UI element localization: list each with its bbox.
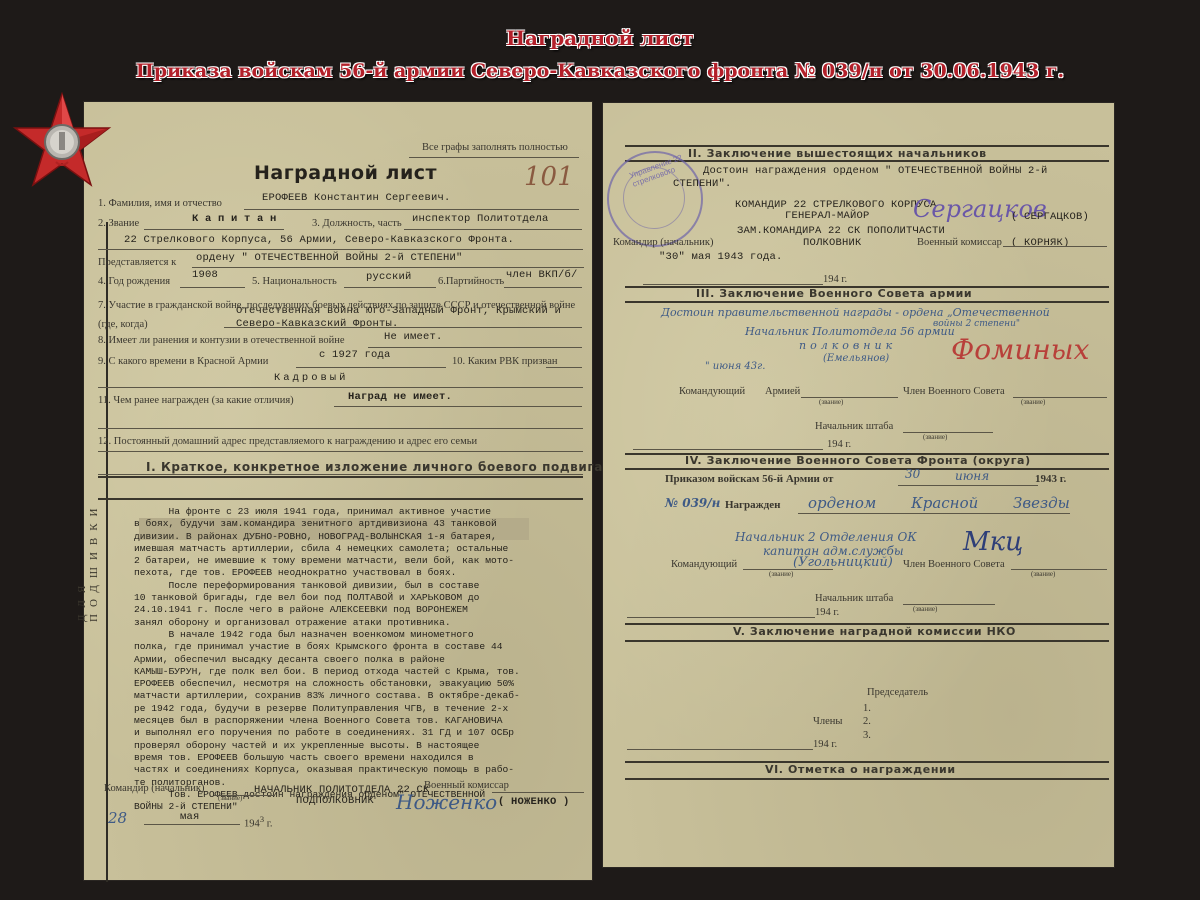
handwritten-signature: Ноженко <box>396 790 497 814</box>
field-3-value-cont: 22 Стрелкового Корпуса, 56 Армии, Северо… <box>124 234 514 246</box>
handwritten-number: 101 <box>524 162 574 192</box>
signer-1-name: ( СЕРГАЦКОВ) <box>1011 211 1089 223</box>
order-month: июня <box>955 469 989 483</box>
awarded-value: орденом Красной Звезды <box>808 494 1070 512</box>
field-12-label: 12. Постоянный домашний адрес представля… <box>98 436 477 447</box>
section-3-handwritten-5: (Емельянов) <box>823 353 889 364</box>
section-2-date: "30" мая 1943 года. <box>659 251 783 263</box>
members-label: Члены <box>813 716 842 727</box>
signer-2-position: ЗАМ.КОМАНДИРА 22 СК ПОПОЛИТЧАСТИ <box>737 225 945 237</box>
order-of-red-star-icon <box>12 92 112 192</box>
section-4-rank-hint: (звание) <box>769 570 793 578</box>
commander-label: Командир (начальник) <box>104 783 204 794</box>
award-sheet-front: Все графы заполнять полностью 101 Наград… <box>84 102 592 880</box>
signer-2-rank: ПОЛКОВНИК <box>803 237 862 249</box>
section-4-title: IV. Заключение Военного Совета Фронта (о… <box>685 454 1031 467</box>
field-5-value: русский <box>366 271 412 283</box>
section-3-handwritten-1: Достоин правительственной награды - орде… <box>661 306 1050 319</box>
section-3-handwritten-4: полковник <box>799 339 896 352</box>
field-1-label: 1. Фамилия, имя и отчество <box>98 198 222 209</box>
field-11-label: 11. Чем ранее награжден (за какие отличи… <box>98 395 294 406</box>
dept-signature: Мкц <box>963 527 1023 557</box>
section-4-date-blank: 194 г. <box>815 607 839 618</box>
order-label: Приказом войскам 56-й Армии от <box>665 473 833 485</box>
field-2-label: 2. Звание <box>98 218 139 229</box>
field-6-label: 6.Партийность <box>438 276 504 287</box>
field-9-value: с 1927 года <box>319 349 391 361</box>
section-3-rank-hint: (звание) <box>819 398 843 406</box>
field-3-label: 3. Должность, часть <box>312 218 402 229</box>
signer-1-rank: ГЕНЕРАЛ-МАЙОР <box>785 210 870 222</box>
field-10-value: Кадровый <box>274 372 348 384</box>
field-8-value: Не имеет. <box>384 331 443 343</box>
commander-label-2: Командир (начальник) <box>613 237 713 248</box>
official-stamp: Управление 22 стрелкового <box>607 151 703 247</box>
section-3-handwritten-3: Начальник Политотдела 56 армии <box>745 325 955 338</box>
section-4-council-label: Член Военного Совета <box>903 559 1005 570</box>
field-4-value: 1908 <box>192 269 218 281</box>
section-3-date-blank: 194 г. <box>827 439 851 450</box>
section-3-rank-hint-3: (звание) <box>923 433 947 441</box>
merit-narrative: На фронте с 23 июля 1941 года, принимал … <box>134 506 584 813</box>
chairman-label: Председатель <box>867 687 928 698</box>
dept-label: Начальник 2 Отделения ОК <box>735 530 917 544</box>
field-6-value: член ВКП/б/ <box>506 269 578 281</box>
signer-rank: ПОДПОЛКОВНИК <box>296 795 374 807</box>
section-2-date-blank: 194 г. <box>823 274 847 285</box>
section-5-date-blank: 194 г. <box>813 739 837 750</box>
award-sheet-back: II. Заключение вышестоящих начальников У… <box>603 103 1114 867</box>
field-1-value: ЕРОФЕЕВ Константин Сергеевич. <box>262 192 451 204</box>
date-month: мая <box>180 811 200 823</box>
field-9-label: 9. С какого времени в Красной Армии <box>98 356 268 367</box>
order-day: 30 <box>905 467 920 481</box>
represented-value: ордену " ОТЕЧЕСТВЕННОЙ ВОЙНЫ 2-й СТЕПЕНИ… <box>196 252 463 264</box>
section-3-army-label: Армией <box>765 386 800 397</box>
order-year: 1943 г. <box>1035 473 1066 485</box>
signer-2-name: ( КОРНЯК) <box>1011 237 1070 249</box>
section-3-council-label: Член Военного Совета <box>903 386 1005 397</box>
document-title: Наградной лист <box>254 162 437 184</box>
signer-name: ( НОЖЕНКО ) <box>498 796 570 808</box>
dept-name: (Угольницкий) <box>793 555 893 570</box>
member-2: 2. <box>863 716 871 727</box>
binding-margin-label: ДЛЯ ПОДШИВКИ <box>76 472 100 622</box>
section-6-title: VI. Отметка о награждении <box>765 763 956 776</box>
banner-subtitle: Приказа войскам 56-й армии Северо-Кавказ… <box>0 60 1200 82</box>
section-3-rank-hint-2: (звание) <box>1021 398 1045 406</box>
date-year: 1943 г. <box>244 814 273 830</box>
section-5-title: V. Заключение наградной комиссии НКО <box>733 625 1016 638</box>
date-day: 28 <box>108 809 127 827</box>
rank-hint: (звание) <box>218 794 242 802</box>
order-number: № 039/н <box>665 496 720 510</box>
section-3-chief-label: Начальник штаба <box>815 421 893 432</box>
field-5-label: 5. Национальность <box>252 276 337 287</box>
section-4-rank-hint-3: (звание) <box>913 605 937 613</box>
field-8-label: 8. Имеет ли ранения и контузии в отечест… <box>98 335 344 346</box>
member-1: 1. <box>863 703 871 714</box>
section-4-commander-label: Командующий <box>671 559 737 570</box>
banner-title: Наградной лист <box>0 26 1200 50</box>
section-3-title: III. Заключение Военного Совета армии <box>696 287 972 300</box>
section-3-handwritten-6: " июня 43г. <box>705 361 765 372</box>
awarded-label: Награжден <box>725 499 780 511</box>
red-signature: Фоминых <box>951 333 1089 366</box>
commissar-label-2: Военный комиссар <box>917 237 1002 248</box>
section-4-chief-label: Начальник штаба <box>815 593 893 604</box>
section-4-rank-hint-2: (звание) <box>1031 570 1055 578</box>
section-3-commander-label: Командующий <box>679 386 745 397</box>
field-2-value: К а п и т а н <box>192 213 277 225</box>
member-3: 3. <box>863 730 871 741</box>
fill-all-fields-note: Все графы заполнять полностью <box>422 142 568 153</box>
section-2-title: II. Заключение вышестоящих начальников <box>688 147 987 160</box>
field-11-value: Наград не имеет. <box>348 391 452 403</box>
field-4-label: 4. Год рождения <box>98 276 170 287</box>
field-10-label: 10. Каким РВК призван <box>452 356 557 367</box>
section-2-text-2: СТЕПЕНИ". <box>673 178 732 190</box>
section-2-text-1: Достоин награждения орденом " ОТЕЧЕСТВЕН… <box>703 165 1048 177</box>
field-3-value: инспектор Политотдела <box>412 213 549 225</box>
represented-label: Представляется к <box>98 257 176 268</box>
